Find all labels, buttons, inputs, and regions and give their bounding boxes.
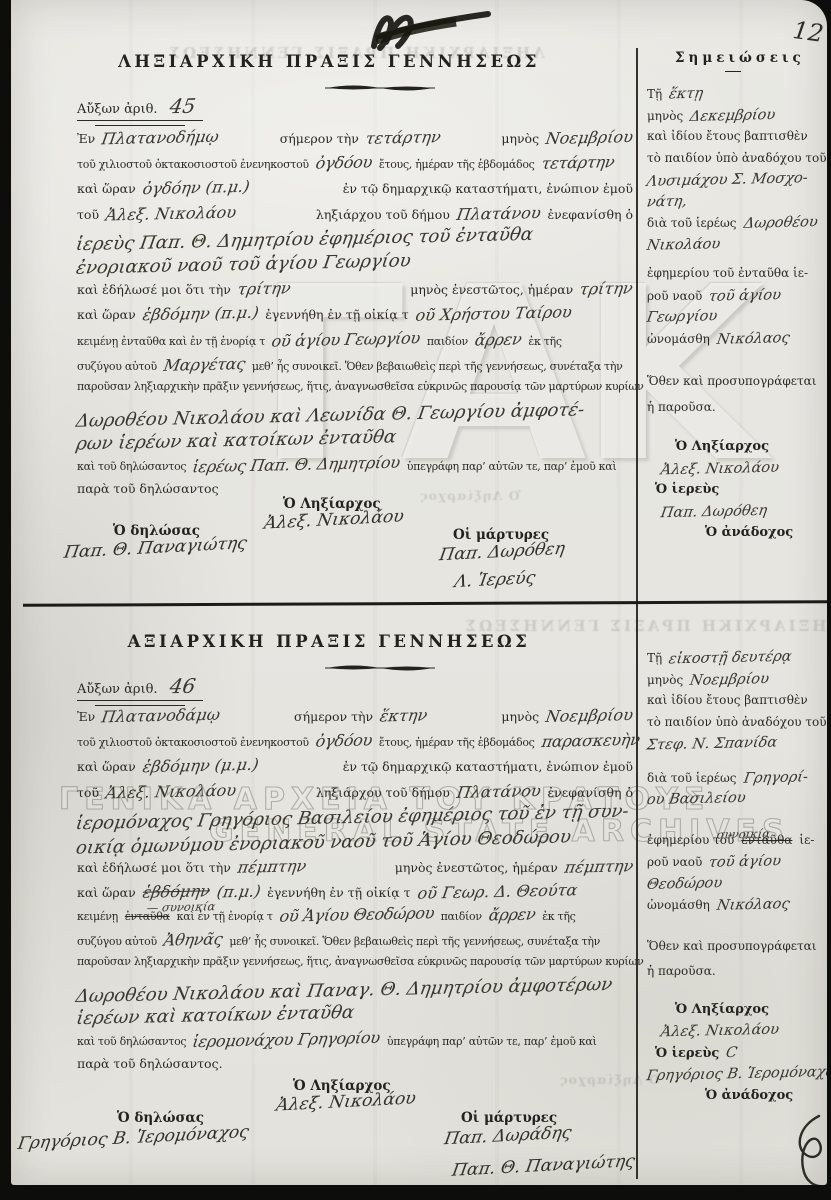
record-title: ΑΞΙΑΡΧΙΚΗ ΠΡΑΞΙΣ ΓΕΝΝΗΣΕΩΣ — [25, 632, 633, 651]
handwritten-entry: Ἀλεξ. Νικολάου — [104, 780, 237, 802]
printed-text: ὑπεγράφη παρ’ αὐτῶν τε, παρ’ ἐμοῦ καὶ — [387, 1035, 597, 1048]
handwritten-entry: ου Βασιλείου — [646, 790, 747, 808]
printed-text: παρὰ τοῦ δηλώσαντος — [77, 481, 219, 496]
handwritten-entry: Δωροθέου — [742, 214, 818, 232]
serial-label: Αὔξων ἀριθ. — [77, 102, 158, 117]
printed-text: διὰ τοῦ ἱερέως — [647, 216, 737, 230]
record-line: Ἀλεξ. Νικολάου — [661, 1023, 827, 1045]
handwritten-entry: Νοεμβρίου — [689, 671, 771, 689]
record-line: τοῦ χιλιοστοῦ ὀκτακοσιοστοῦ ἐνενηκοστοῦὀ… — [77, 731, 633, 756]
handwritten-annotation: συνοικία — [716, 826, 771, 841]
handwritten-entry: Θεοδώρου — [646, 875, 724, 893]
record-line: ὠνομάσθηΝικόλαος — [647, 331, 827, 353]
handwritten-entry: τρίτην — [579, 279, 635, 299]
printed-text: μεθ’ ἧς συνοικεῖ. Ὅθεν βεβαιωθεὶς περὶ τ… — [252, 360, 623, 373]
printed-text: μηνὸς ἐνεστῶτος, ἡμέραν — [395, 860, 558, 875]
serial-block: Αὔξων ἀριθ. 46 — [77, 674, 203, 706]
printed-text: ροῦ ναοῦ — [647, 855, 702, 869]
printed-text: καὶ τοῦ δηλώσαντος — [77, 1035, 186, 1048]
handwritten-entry: Στεφ. Ν. Σπανίδα — [646, 735, 779, 754]
handwritten-entry: Δεκεμβρίου — [689, 107, 777, 125]
handwritten-entry: Ἀλεξ. Νικολάου — [660, 459, 781, 478]
handwritten-entry: τοῦ ἁγίου — [708, 853, 783, 871]
handwritten-entry: ἐνοριακοῦ ναοῦ τοῦ ἁγίου Γεωργίου — [75, 250, 413, 279]
handwritten-entry: Λυσιμάχου Σ. Μοσχο- — [645, 170, 808, 190]
handwritten-entry: παρασκευὴν — [540, 730, 641, 751]
printed-label: Ὁ Ληξίαρχος — [675, 1002, 769, 1017]
record-line: καὶ ὥρανἑβδόμην (π.μ.)ἐγεννήθη ἐν τῇ οἰκ… — [77, 304, 633, 329]
printed-text: ἐγεννήθη ἐν τῇ οἰκίᾳ τ — [267, 885, 410, 900]
record-line: Λυσιμάχου Σ. Μοσχο- — [647, 172, 827, 194]
handwritten-annotation: — συνοικία — [146, 899, 217, 915]
handwritten-entry: ὀγδόην (π.μ.) — [141, 177, 251, 198]
printed-label: Ὁ ἀνάδοχος — [705, 1088, 793, 1103]
page-number: 12 — [791, 16, 825, 48]
printed-label: Ὁ Ληξίαρχος — [675, 439, 769, 454]
declarant-signature: Παπ. Θ. Παναγιώτης — [63, 533, 249, 562]
handwritten-entry: πέμπτην — [563, 856, 634, 877]
record-line: Γρηγόριος Β. Ἱερομόναχος — [647, 1066, 827, 1088]
printed-text: ἐνεφανίσθη ὁ — [547, 207, 633, 222]
handwritten-entry: τρίτην — [236, 279, 292, 299]
handwritten-entry: Γεωργίου — [646, 308, 719, 326]
ornament-divider — [325, 82, 435, 94]
handwritten-entry: Μαργέτας — [162, 354, 246, 375]
printed-text: Ἐν — [77, 131, 95, 146]
printed-text: διὰ τοῦ ἱερέως — [647, 771, 737, 785]
printed-text: ἡ παροῦσα. — [647, 400, 716, 414]
record-line: τὸ παιδίον ὑπὸ ἀναδόχου τοῦ — [647, 715, 827, 737]
handwritten-entry: ἑβδόμην (π.μ.) — [141, 303, 260, 325]
printed-text: καὶ ὥραν — [77, 307, 136, 322]
printed-text: καὶ τοῦ δηλώσαντος — [77, 460, 186, 473]
handwritten-entry: ἕκτην — [379, 705, 429, 725]
record-line: καὶ ἰδίου ἔτους βαπτισθὲν — [647, 693, 827, 715]
handwritten-entry: Γρηγόριος Β. Ἱερομόναχος — [645, 1064, 827, 1084]
ink-flourish — [789, 1112, 827, 1185]
column-divider — [636, 48, 638, 1179]
record-line: καὶ τοῦ δηλώσαντοςἱερέως Παπ. Θ. Δημητρί… — [77, 455, 633, 480]
notes-header: Σημειώσεις — [675, 50, 827, 66]
handwritten-entry: οῦ Χρήστου Ταίρου — [414, 303, 573, 326]
record-line: Τῇἕκτῃ — [647, 86, 827, 108]
serial-block: Αὔξων ἀριθ. 45 — [77, 94, 203, 126]
record-body: ἘνΠλατανοδάμῳσήμερον τὴνἕκτηνμηνὸςΝοεμβρ… — [77, 706, 633, 1081]
handwritten-entry: Ἀλεξ. Νικολάου — [104, 202, 237, 224]
printed-text: ἐφημερίου τοῦ ἐνταῦθα ἱε- — [647, 266, 808, 280]
handwritten-entry: Νικόλαος — [715, 896, 790, 914]
ink-scribble — [356, 6, 496, 54]
serial-number: 46 — [168, 674, 197, 699]
handwritten-entry: ὀγδόου — [314, 731, 373, 751]
record-line: Ὁ Ληξίαρχος — [675, 439, 827, 461]
handwritten-entry: ρων ἱερέων καὶ κατοίκων ἐνταῦθα — [75, 427, 398, 455]
printed-text: παιδίον — [441, 910, 482, 923]
handwritten-entry: Πλατάνου — [455, 781, 542, 802]
printed-text: παροῦσαν ληξιαρχικὴν πρᾶξιν γεννήσεως, ἥ… — [77, 955, 643, 968]
signature-block: Ὁ Ληξίαρχος Ἀλεξ. Νικολάου Ὁ δηλώσας Γρη… — [25, 1076, 633, 1185]
record-title: ΛΗΞΙΑΡΧΙΚΗ ΠΡΑΞΙΣ ΓΕΝΝΗΣΕΩΣ — [25, 52, 633, 71]
printed-text: Τῇ — [647, 651, 662, 665]
printed-text: κειμένῃ — [77, 910, 118, 923]
printed-text: καὶ ἰδίου ἔτους βαπτισθὲν — [647, 129, 808, 143]
notes-column-1: Σημειώσεις ΤῇἕκτῃμηνὸςΔεκεμβρίουκαὶ ἰδίο… — [647, 50, 827, 547]
record-line: μηνὸςΝοεμβρίου — [647, 672, 827, 694]
serial-underline — [95, 123, 185, 126]
printed-text: μηνὸς — [501, 131, 539, 146]
printed-text: μηνὸς ἐνεστῶτος, ἡμέραν — [410, 282, 573, 297]
record-line: ἐφημερίου τοῦ ἐνταῦθα ἱε- — [647, 266, 827, 288]
record-line: συζύγου αὐτοῦἈθηνᾶςμεθ’ ἧς συνοικεῖ. Ὅθε… — [77, 930, 633, 955]
printed-text: ὑπεγράφη παρ’ αὐτῶν τε, παρ’ ἐμοῦ καὶ — [407, 460, 617, 473]
record-line: ἱερέων καὶ κατοίκων ἐνταῦθα — [77, 1005, 633, 1030]
handwritten-entry: ἕκτῃ — [668, 86, 705, 103]
printed-text: μεθ’ ἧς συνοικεῖ. Ὅθεν βεβαιωθεὶς περὶ τ… — [229, 935, 600, 948]
handwritten-entry: ἱερομονάχου Γρηγορίου — [191, 1028, 381, 1051]
printed-label: Ὁ ἱερεὺς — [655, 482, 719, 497]
printed-text: παροῦσαν ληξιαρχικὴν πρᾶξιν γεννήσεως, ἥ… — [77, 380, 643, 393]
printed-text: ὠνομάσθη — [647, 332, 710, 346]
ornament-divider — [325, 662, 435, 674]
birth-record-1: ΛΗΞΙΑΡΧΙΚΗ ΠΡΑΞΙΣ ΓΕΝΝΗΣΕΩΣ Αὔξων ἀριθ. … — [25, 48, 633, 602]
printed-text: ἔτους, ἡμέραν τῆς ἑβδομάδος — [379, 736, 535, 749]
printed-text: συζύγου αὐτοῦ — [77, 935, 157, 948]
handwritten-entry: Πλατανοδήμῳ — [101, 127, 221, 149]
printed-text: ἐν τῷ δημαρχικῷ καταστήματι, ἐνώπιον ἐμο… — [343, 759, 633, 774]
handwritten-entry: ἄρρεν — [473, 329, 523, 349]
printed-text: μηνὸς — [647, 673, 683, 687]
handwritten-entry: Νικόλαος — [715, 330, 790, 348]
handwritten-entry: εἰκοστῇ δευτέρᾳ — [668, 649, 793, 668]
printed-text: ἐκ τῆς — [542, 910, 575, 923]
printed-text: τοῦ — [77, 207, 99, 222]
record-line: καὶ ἐδήλωσέ μοι ὅτι τὴντρίτηνμηνὸς ἐνεστ… — [77, 279, 633, 304]
record-line: διὰ τοῦ ἱερέωςΔωροθέου — [647, 215, 827, 237]
record-line: καὶ τοῦ δηλώσαντοςἱερομονάχου Γρηγορίουὑ… — [77, 1030, 633, 1055]
record-line: Ὁ ἀνάδοχος — [705, 525, 827, 547]
record-line: τὸ παιδίον ὑπὸ ἀναδόχου τοῦ — [647, 151, 827, 173]
serial-number: 45 — [168, 94, 197, 119]
printed-text: Ὅθεν καὶ προσυπογράφεται — [647, 939, 816, 953]
record-body: ἘνΠλατανοδήμῳσήμερον τὴντετάρτηνμηνὸςΝοε… — [77, 128, 633, 506]
printed-text: τοῦ χιλιοστοῦ ὀκτακοσιοστοῦ ἐνενηκοστοῦ — [77, 158, 309, 171]
handwritten-entry: οῦ ἁγίου Γεωργίου — [270, 328, 421, 350]
record-line: καὶ ὥρανὀγδόην (π.μ.)ἐν τῷ δημαρχικῷ κατ… — [77, 178, 633, 203]
printed-text: σήμερον τὴν — [294, 709, 373, 724]
notes-body: Τῇεἰκοστῇ δευτέρᾳμηνὸςΝοεμβρίουκαὶ ἰδίου… — [647, 650, 827, 1109]
handwritten-entry: Νικολάου — [646, 236, 722, 254]
printed-text: συζύγου αὐτοῦ — [77, 360, 157, 373]
record-line: ου Βασιλείου — [647, 791, 827, 813]
record-line: ἡ παροῦσα. — [647, 400, 827, 422]
record-line: Ὁ ἱερεὺςC — [655, 1045, 827, 1067]
handwritten-entry: Νοεμβρίου — [544, 705, 634, 726]
record-line: Τῇεἰκοστῇ δευτέρᾳ — [647, 650, 827, 672]
serial-label: Αὔξων ἀριθ. — [77, 682, 158, 697]
printed-text: Τῇ — [647, 87, 662, 101]
record-line: Νικολάου — [647, 237, 827, 259]
handwritten-entry: πέμπτην — [236, 856, 307, 877]
record-line: ἐνοριακοῦ ναοῦ τοῦ ἁγίου Γεωργίου — [77, 254, 633, 279]
record-line: Γεωργίου — [647, 309, 827, 331]
record-line: ὠνομάσθηΝικόλαος — [647, 897, 827, 919]
printed-text: ἔτους, ἡμέραν τῆς ἑβδομάδος — [379, 158, 535, 171]
handwritten-entry: Γρηγορί- — [742, 769, 808, 786]
record-line: Θεοδώρου — [647, 876, 827, 898]
record-line: ἘνΠλατανοδήμῳσήμερον τὴντετάρτηνμηνὸςΝοε… — [77, 128, 633, 153]
printed-label: Ὁ ἀνάδοχος — [705, 525, 793, 540]
handwritten-entry: C — [725, 1044, 739, 1060]
record-line: καὶ ὥρανἑβδόμην (μ.μ.)ἐν τῷ δημαρχικῷ κα… — [77, 756, 633, 781]
printed-text: ληξιάρχου τοῦ δήμου — [316, 207, 450, 222]
handwritten-entry: Ἀλεξ. Νικολάου — [660, 1022, 781, 1041]
printed-text: ἡ παροῦσα. — [647, 964, 716, 978]
handwritten-entry: (π.μ.) — [215, 882, 262, 902]
witness-signature-1: Παπ. Δωράδης — [443, 1123, 573, 1150]
printed-text: τὸ παιδίον ὑπὸ ἀναδόχου τοῦ — [647, 151, 827, 165]
handwritten-entry: ἄρρεν — [487, 904, 537, 924]
birth-record-2: ΑΞΙΑΡΧΙΚΗ ΠΡΑΞΙΣ ΓΕΝΝΗΣΕΩΣ Αὔξων ἀριθ. 4… — [25, 612, 633, 1185]
record-line: ρων ἱερέων καὶ κατοίκων ἐνταῦθα — [77, 430, 633, 455]
printed-text: ἐγεννήθη ἐν τῇ οἰκίᾳ τ — [265, 307, 408, 322]
handwritten-entry: Παπ. Δωρόθεη — [660, 502, 769, 520]
record-line: ἱερεὺς Παπ. Θ. Δημητρίου ἐφημέριος τοῦ ἐ… — [77, 229, 633, 254]
record-line: ἡ παροῦσα. — [647, 964, 827, 986]
printed-text: ληξιάρχου τοῦ δήμου — [316, 785, 450, 800]
record-line: κειμένῃ ἐνταῦθα καὶ ἐν τῇ ἐνορίᾳ τοῦ ἁγί… — [77, 330, 633, 355]
notes-column-2: Τῇεἰκοστῇ δευτέρᾳμηνὸςΝοεμβρίουκαὶ ἰδίου… — [647, 642, 827, 1109]
handwritten-entry: νάτη, — [646, 193, 689, 210]
printed-text: τοῦ χιλιοστοῦ ὀκτακοσιοστοῦ ἐνενηκοστοῦ — [77, 736, 309, 749]
record-line: Ἀλεξ. Νικολάου — [661, 461, 827, 483]
printed-text: τὸ παιδίον ὑπὸ ἀναδόχου τοῦ — [647, 715, 827, 729]
printed-text: ἐνεφανίσθη ὁ — [547, 785, 633, 800]
declarant-signature: Γρηγόριος Β. Ἱερομόναχος — [16, 1122, 250, 1154]
declarant-label: Ὁ δηλώσας — [117, 1110, 204, 1126]
printed-text: τοῦ — [77, 785, 99, 800]
handwritten-entry: οῦ Ἁγίου Θεοδώρου — [278, 903, 435, 925]
notes-header-dash — [725, 71, 741, 72]
handwritten-entry: τετάρτην — [364, 127, 442, 148]
printed-text: ἐν τῷ δημαρχικῷ καταστήματι, ἐνώπιον ἐμο… — [343, 181, 633, 196]
printed-text: καὶ ὥραν — [77, 885, 136, 900]
printed-text: παρὰ τοῦ δηλώσαντος. — [77, 1056, 223, 1071]
printed-text: ἱε- — [799, 833, 814, 847]
record-line: τοῦἈλεξ. Νικολάουληξιάρχου τοῦ δήμουΠλατ… — [77, 204, 633, 229]
handwritten-entry: τοῦ ἁγίου — [708, 287, 783, 305]
document-scan: ΓΑΚ ΓΕΝΙΚΑ ΑΡΧΕΙΑ ΤΟΥ ΚΡΑΤΟΥΣ GENERAL ST… — [0, 0, 831, 1200]
printed-text: Ἐν — [77, 709, 95, 724]
record-line: Ὁ ἀνάδοχος — [705, 1088, 827, 1110]
record-line: ροῦ ναοῦτοῦ ἁγίου — [647, 854, 827, 876]
record-line: Ὁ Ληξίαρχος — [675, 1002, 827, 1024]
handwritten-entry: ἑβδόμην (μ.μ.) — [141, 755, 260, 777]
printed-label: Ὁ ἱερεὺς — [655, 1046, 719, 1061]
printed-text: καὶ ὥραν — [77, 181, 136, 196]
signature-block: Ὁ Ληξίαρχος Ἀλεξ. Νικολάου Ὁ δηλώσας Παπ… — [25, 496, 633, 602]
record-line: διὰ τοῦ ἱερέωςΓρηγορί- — [647, 770, 827, 792]
record-line: Στεφ. Ν. Σπανίδα — [647, 736, 827, 758]
record-line: συζύγου αὐτοῦΜαργέταςμεθ’ ἧς συνοικεῖ. Ὅ… — [77, 355, 633, 380]
record-line: ροῦ ναοῦτοῦ ἁγίου — [647, 288, 827, 310]
handwritten-entry: ὀγδόου — [314, 153, 373, 173]
handwritten-entry: Ἀθηνᾶς — [162, 929, 224, 949]
paper-page: ΓΑΚ ΓΕΝΙΚΑ ΑΡΧΕΙΑ ΤΟΥ ΚΡΑΤΟΥΣ GENERAL ST… — [11, 0, 827, 1185]
record-line: ἘνΠλατανοδάμῳσήμερον τὴνἕκτηνμηνὸςΝοεμβρ… — [77, 706, 633, 731]
printed-text: ἐκ τῆς — [528, 335, 561, 348]
record-line: νάτη, — [647, 194, 827, 216]
handwritten-entry: ἱερέων καὶ κατοίκων ἐνταῦθα — [75, 1002, 356, 1029]
printed-text: ὠνομάσθη — [647, 898, 710, 912]
printed-text: κειμένῃ ἐνταῦθα καὶ ἐν τῇ ἐνορίᾳ τ — [77, 335, 265, 348]
record-line: καὶ ἐδήλωσέ μοι ὅτι τὴνπέμπτηνμηνὸς ἐνεσ… — [77, 857, 633, 882]
record-line: Ὅθεν καὶ προσυπογράφεται — [647, 374, 827, 396]
printed-text: μηνὸς — [501, 709, 539, 724]
handwritten-entry: Πλατάνου — [455, 203, 542, 224]
record-line: μηνὸςΔεκεμβρίου — [647, 108, 827, 130]
printed-text: Ὅθεν καὶ προσυπογράφεται — [647, 374, 816, 388]
record-line: Ὅθεν καὶ προσυπογράφεται — [647, 939, 827, 961]
handwritten-entry: Νοεμβρίου — [544, 127, 634, 148]
printed-text: καὶ ἰδίου ἔτους βαπτισθὲν — [647, 693, 808, 707]
printed-text: ροῦ ναοῦ — [647, 289, 702, 303]
handwritten-entry: ἱερεὺς Παπ. Θ. Δημητρίου ἐφημέριος τοῦ ἐ… — [75, 224, 535, 255]
notes-body: ΤῇἕκτῃμηνὸςΔεκεμβρίουκαὶ ἰδίου ἔτους βαπ… — [647, 86, 827, 547]
handwritten-entry: ἱερέως Παπ. Θ. Δημητρίου — [191, 453, 401, 477]
printed-text: παιδίον — [427, 335, 468, 348]
handwritten-entry: τετάρτην — [540, 152, 615, 173]
printed-text: καὶ ὥραν — [77, 759, 136, 774]
witness-signature-2: Λ. Ἱερεύς — [453, 568, 537, 592]
handwritten-entry: Πλατανοδάμῳ — [101, 705, 222, 727]
printed-text: καὶ ἐδήλωσέ μοι ὅτι τὴν — [77, 860, 231, 875]
record-line: Ὁ ἱερεὺς — [655, 482, 827, 504]
printed-text: σήμερον τὴν — [280, 131, 359, 146]
record-line: καὶ ἰδίου ἔτους βαπτισθὲν — [647, 129, 827, 151]
printed-text: μηνὸς — [647, 109, 683, 123]
printed-text: καὶ ἐδήλωσέ μοι ὅτι τὴν — [77, 282, 231, 297]
record-line: Παπ. Δωρόθεη — [661, 504, 827, 526]
witness-signature-2: Παπ. Θ. Παναγιώτης — [451, 1151, 637, 1180]
record-line: τοῦ χιλιοστοῦ ὀκτακοσιοστοῦ ἐνενηκοστοῦὀ… — [77, 153, 633, 178]
record-line: οικίᾳ ὁμωνύμου ἐνοριακοῦ ναοῦ τοῦ Ἁγίου … — [77, 832, 633, 857]
